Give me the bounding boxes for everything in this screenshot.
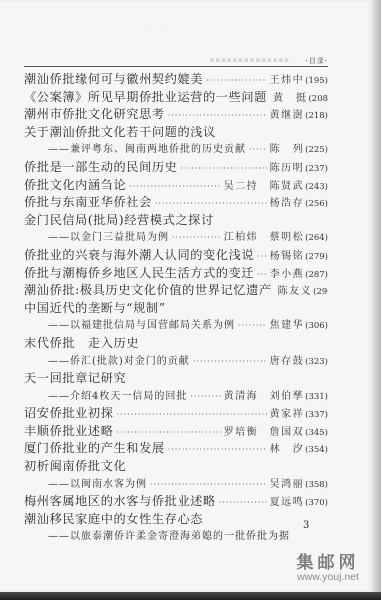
dot-leader (193, 357, 267, 366)
toc-heading: 中国近代的垄断与“规制” (24, 299, 328, 317)
toc-author: 唐存鼓 (270, 352, 305, 367)
toc-page-number: (264) (305, 233, 328, 243)
toc-heading: 天一回批章记研究 (24, 369, 328, 387)
toc-entry: 厦门侨批业的产生和发展林 汐(354) (24, 439, 328, 457)
dot-leader (129, 182, 220, 191)
toc-page-number: (358) (305, 480, 328, 490)
toc-page-number: (279) (305, 252, 328, 262)
toc-author: 江柏炜 蔡明松 (224, 228, 305, 243)
dot-leader (150, 480, 267, 489)
toc-title: ——以闽南水客为例 (48, 475, 147, 490)
toc-author: 杨浩存 (270, 194, 305, 209)
toc-entry: 诏安侨批业初探黄家祥(337) (24, 404, 328, 422)
running-header: ▪▪▪▪▪▪▪▪▪▪▪▪▪▪ ·目录· (24, 56, 328, 67)
toc-entry: 潮汕侨批缘何可与徽州契约媲美王炜中(195) (24, 70, 328, 88)
toc-author: 杨锡铭 (270, 247, 305, 262)
toc-title: 关于潮汕侨批文化若干问题的浅议 (24, 123, 216, 140)
toc-entry: 《公案簿》所见早期侨批业运营的一些问题黄 挺(208) (24, 88, 328, 106)
bleed-through-text: · · (150, 22, 165, 32)
toc-subtitle-row: ——兼评粤东、闽南两地侨批的历史贡献陈 列(225) (24, 140, 328, 158)
toc-page-number: (256) (305, 199, 328, 209)
toc-entry: 丰顺侨批业述略罗培衡 詹国双(345) (24, 422, 328, 440)
dot-leader (180, 164, 266, 173)
toc-entry: 潮州市侨批文化研究思考黄继澍(218) (24, 105, 328, 123)
toc-heading: 潮汕移民家庭中的女性生存心态 (24, 510, 328, 528)
toc-author: 林 汐 (270, 440, 305, 455)
toc-author: 夏远鸣 (270, 493, 305, 508)
dot-leader (155, 199, 267, 208)
toc-author: 罗培衡 詹国双 (224, 423, 305, 438)
toc-title: 诏安侨批业初探 (24, 404, 114, 421)
toc-heading: 关于潮汕侨批文化若干问题的浅议 (24, 123, 328, 141)
dot-leader (257, 270, 266, 279)
toc-page-number: (225) (305, 145, 328, 155)
watermark-site-name: 集邮网 (283, 548, 373, 573)
dot-leader (117, 410, 267, 419)
scan-edge-right (373, 0, 381, 600)
dot-leader (190, 392, 220, 401)
toc-subtitle-row: ——以旅泰潮侨许柔金寄澄海弟媳的一批侨批为据 (24, 527, 328, 545)
toc-title: ——以福建批信局与国营邮局关系为例 (48, 316, 235, 331)
toc-author: 黄家祥 (270, 405, 305, 420)
dot-leader (117, 428, 221, 437)
dot-leader (168, 445, 267, 454)
document-page: · · ▪▪▪▪▪▪▪▪▪▪▪▪▪▪ ·目录· 潮汕侨批缘何可与徽州契约媲美王炜… (0, 0, 373, 592)
toc-author: 黄 挺 (273, 89, 308, 104)
scan-edge-bottom (0, 592, 381, 600)
toc-page-number: (296) (313, 287, 328, 297)
toc-page-number: (287) (305, 270, 328, 280)
toc-author: 吴鸿丽 (270, 475, 305, 490)
toc-author: 焦建华 (270, 316, 305, 331)
toc-author: 王炜中 (270, 71, 305, 86)
toc-subtitle-row: ——以福建批信局与国营邮局关系为例焦建华(306) (24, 316, 328, 334)
toc-heading: 末代侨批 走入历史 (24, 334, 328, 352)
toc-title: ——兼评粤东、闽南两地侨批的历史贡献 (48, 140, 246, 155)
watermark-url: www.youj.net (283, 571, 373, 583)
dot-leader (238, 321, 267, 330)
toc-author: 黄清海 刘伯孳 (224, 387, 305, 402)
toc-title: ——以旅泰潮侨许柔金寄澄海弟媳的一批侨批为据 (48, 527, 290, 542)
toc-title: 侨批与潮梅侨乡地区人民生活方式的变迁 (24, 264, 254, 281)
toc-author: 黄继澍 (270, 106, 305, 121)
toc-entry: 侨批与潮梅侨乡地区人民生活方式的变迁李小燕(287) (24, 264, 328, 282)
toc-entry: 侨批业的兴衰与海外潮人认同的变化浅说杨锡铭(279) (24, 246, 328, 264)
toc-page-number: (354) (305, 445, 328, 455)
toc-entry: 侨批是一部生动的民间历史陈历明(237) (24, 158, 328, 176)
dot-leader (219, 498, 267, 507)
dot-leader (206, 76, 267, 85)
dot-leader (249, 145, 267, 154)
toc-title: 初析闽南侨批文化 (24, 457, 126, 474)
toc-title: 中国近代的垄断与“规制” (24, 299, 166, 316)
toc-page-number: (370) (305, 498, 328, 508)
toc-title: 侨批是一部生动的民间历史 (24, 158, 177, 175)
toc-subtitle-row: ——介绍4枚天一信局的回批黄清海 刘伯孳(331) (24, 387, 328, 405)
toc-title: 侨批业的兴衰与海外潮人认同的变化浅说 (24, 246, 254, 263)
toc-author: 陈友义 (278, 282, 313, 297)
toc-heading: 金门民信局(批局)经营模式之探讨 (24, 211, 328, 229)
toc-page-number: (195) (305, 76, 328, 86)
toc-page-number: (218) (305, 111, 328, 121)
toc-page-number: (208) (308, 94, 328, 104)
toc-title: 潮汕侨批:极具历史文化价值的世界记忆遗产 (24, 281, 272, 298)
toc-author: 李小燕 (270, 265, 305, 280)
running-title: ·目录· (306, 56, 328, 66)
toc-title: 潮汕移民家庭中的女性生存心态 (24, 510, 203, 527)
toc-title: 天一回批章记研究 (24, 369, 126, 386)
toc-title: 《公案簿》所见早期侨批业运营的一些问题 (24, 88, 267, 105)
toc-author: 吴二持 陈贤武 (224, 177, 305, 192)
toc-subtitle-row: ——以金门三益批局为例江柏炜 蔡明松(264) (24, 228, 328, 246)
toc-title: 潮州市侨批文化研究思考 (24, 105, 165, 122)
toc-title: 厦门侨批业的产生和发展 (24, 439, 165, 456)
toc-title: 丰顺侨批业述略 (24, 422, 114, 439)
toc-author: 陈 列 (270, 140, 305, 155)
dot-leader (172, 233, 221, 242)
toc-page-number: (243) (305, 182, 328, 192)
toc-title: 潮汕侨批缘何可与徽州契约媲美 (24, 70, 203, 87)
toc-title: 金门民信局(批局)经营模式之探讨 (24, 211, 214, 228)
toc-title: 末代侨批 走入历史 (24, 334, 139, 351)
toc-title: ——介绍4枚天一信局的回批 (48, 387, 187, 402)
header-bleed-through: ▪▪▪▪▪▪▪▪▪▪▪▪▪▪ (210, 56, 290, 64)
page-number: 3 (303, 520, 309, 531)
toc-heading: 初析闽南侨批文化 (24, 457, 328, 475)
toc-page-number: (237) (305, 164, 328, 174)
toc-title: 侨批与东南亚华侨社会 (24, 193, 152, 210)
watermark: 集邮网 www.youj.net (283, 548, 373, 583)
toc-page-number: (331) (305, 392, 328, 402)
toc-entry: 梅州客属地区的水客与侨批业述略夏远鸣(370) (24, 492, 328, 510)
dot-leader (257, 252, 266, 261)
toc-title: 梅州客属地区的水客与侨批业述略 (24, 492, 216, 509)
toc-page-number: (345) (305, 428, 328, 438)
toc-title: ——以金门三益批局为例 (48, 228, 169, 243)
toc-entry: 侨批与东南亚华侨社会杨浩存(256) (24, 193, 328, 211)
table-of-contents: 潮汕侨批缘何可与徽州契约媲美王炜中(195)《公案簿》所见早期侨批业运营的一些问… (24, 70, 328, 545)
toc-subtitle-row: ——侨汇(批款)对金门的贡献唐存鼓(323) (24, 352, 328, 370)
toc-page-number: (337) (305, 410, 328, 420)
toc-entry: 潮汕侨批:极具历史文化价值的世界记忆遗产陈友义(296) (24, 281, 328, 299)
toc-page-number: (323) (305, 357, 328, 367)
dot-leader (168, 111, 267, 120)
toc-page-number: (306) (305, 321, 328, 331)
toc-subtitle-row: ——以闽南水客为例吴鸿丽(358) (24, 475, 328, 493)
toc-title: ——侨汇(批款)对金门的贡献 (48, 352, 190, 367)
toc-author: 陈历明 (270, 159, 305, 174)
toc-title: 侨批文化内涵刍论 (24, 176, 126, 193)
toc-entry: 侨批文化内涵刍论吴二持 陈贤武(243) (24, 176, 328, 194)
